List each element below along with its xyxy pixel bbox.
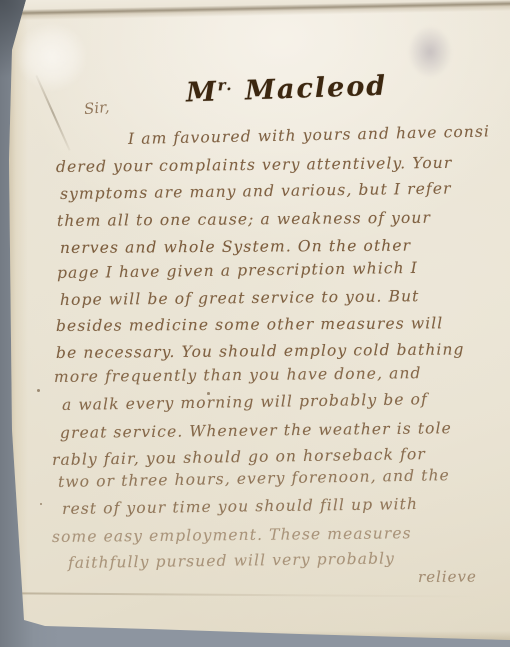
letter-line: I am favoured with yours and have consi (128, 122, 490, 148)
letter-line: two or three hours, every forenoon, and … (58, 466, 450, 491)
letter-line: besides medicine some other measures wil… (56, 314, 443, 335)
letter-line: them all to one cause; a weakness of you… (57, 209, 431, 230)
lower-crease (20, 592, 480, 597)
paper-repair-patch (16, 22, 88, 92)
manuscript-scan: Mr. Macleod Sir, I am favoured with your… (0, 0, 510, 647)
letter-line: faithfully pursued will very probably (68, 549, 395, 572)
ink-speck (37, 389, 40, 392)
letter-page: Mr. Macleod Sir, I am favoured with your… (0, 0, 510, 647)
letter-line: hope will be of great service to you. Bu… (60, 287, 420, 309)
letter-line: rest of your time you should fill up wit… (62, 495, 418, 518)
ink-speck (40, 503, 42, 505)
letter-line: some easy employment. These measures (52, 524, 412, 546)
letter-addressee: Mr. Macleod (186, 70, 388, 108)
top-fold-crease (0, 0, 510, 22)
addressee-initial: M (186, 76, 219, 108)
paper-bottom-edge-shading (0, 631, 510, 647)
salutation: Sir, (83, 98, 110, 118)
letter-line: symptoms are many and various, but I ref… (60, 180, 452, 203)
ink-stain-blot (408, 26, 452, 78)
letter-line: dered your complaints very attentively. … (56, 154, 452, 176)
paper-left-edge-shading (0, 0, 28, 647)
letter-line: more frequently than you have done, and (54, 364, 422, 386)
letter-line: rably fair, you should go on horseback f… (52, 445, 426, 469)
addressee-rest: Macleod (245, 70, 388, 106)
letter-line: be necessary. You should employ cold bat… (56, 340, 465, 362)
addressee-superscript: r. (217, 76, 233, 95)
letter-line: great service. Whenever the weather is t… (60, 419, 452, 442)
catchword: relieve (418, 567, 477, 586)
letter-line: page I have given a prescription which I (57, 259, 418, 282)
letter-line: nerves and whole System. On the other (60, 237, 411, 257)
letter-line: a walk every morning will probably be of (62, 390, 428, 414)
